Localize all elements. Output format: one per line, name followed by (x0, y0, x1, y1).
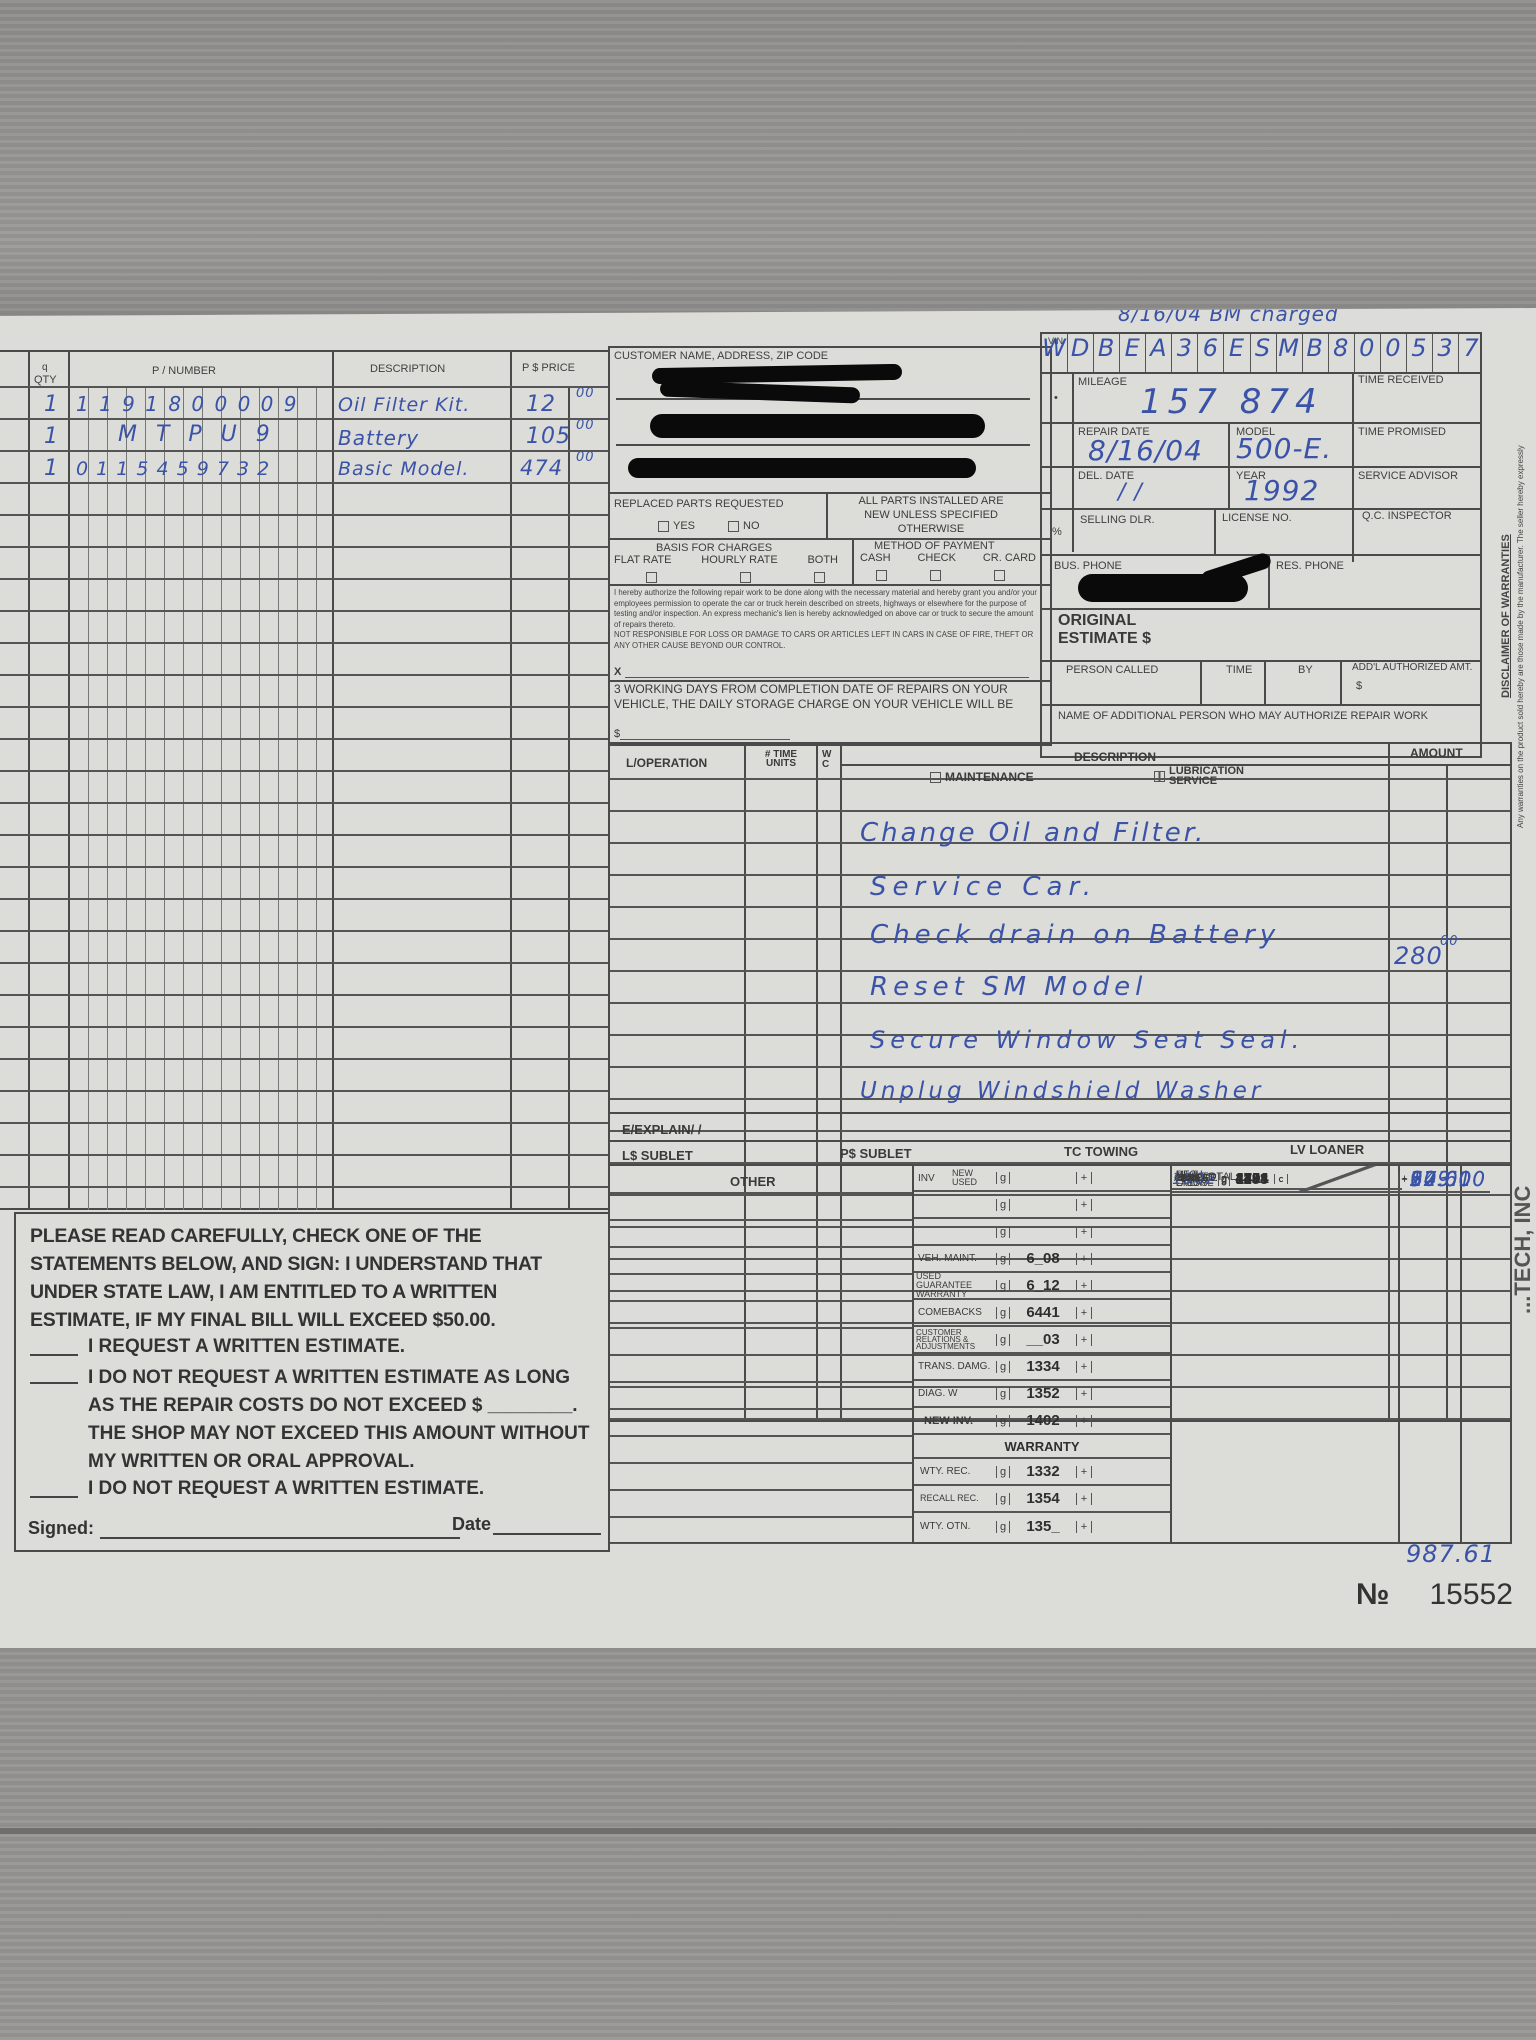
floor-plank-seam (0, 1828, 1536, 1834)
part-row-3-qty: 1 (44, 456, 59, 481)
vin-char: B (1303, 334, 1329, 372)
labor-line-3: Check drain on Battery (870, 920, 1280, 950)
basis-hourly-rate[interactable]: HOURLY RATE (701, 554, 777, 566)
repair-order-form: 8/16/04 BM charged q QTY P / NUMBER DESC… (0, 308, 1536, 1648)
bullet-marker: • (1054, 392, 1058, 404)
code-row-inv: INV NEW USED g + (914, 1166, 1170, 1192)
signed-field[interactable]: Signed: (28, 1518, 460, 1539)
card-checkbox[interactable] (994, 570, 1005, 581)
hourly-rate-checkbox[interactable] (740, 572, 751, 583)
vin-char: 0 (1381, 334, 1407, 372)
warranty-row: WTY. REC.g1332+ (914, 1459, 1170, 1486)
part-row-1-description: Oil Filter Kit. (338, 394, 470, 416)
consent-option-3-label: I DO NOT REQUEST A WRITTEN ESTIMATE. (88, 1478, 484, 1500)
replaced-parts-no[interactable]: NO (728, 520, 760, 532)
parts-notice: ALL PARTS INSTALLED ARE NEW UNLESS SPECI… (846, 494, 1016, 536)
replaced-parts-label: REPLACED PARTS REQUESTED (614, 498, 784, 510)
qc-inspector-label: Q.C. INSPECTOR (1362, 510, 1452, 522)
qty-header: QTY (34, 374, 57, 386)
time-units-header: # TIME UNITS (756, 750, 806, 768)
part-number-header: P / NUMBER (152, 365, 216, 377)
vin-char: S (1251, 334, 1277, 372)
vin-char: 0 (1355, 334, 1381, 372)
other-header: OTHER (730, 1174, 776, 1189)
part-row-1-price: 12 (526, 392, 556, 417)
operation-header: L/OPERATION (626, 756, 707, 770)
flat-rate-checkbox[interactable] (646, 572, 657, 583)
code-row-customer-relations: CUSTOMER RELATIONS & ADJUSTMENTSg__03+ (914, 1327, 1170, 1354)
vin-char: 3 (1172, 334, 1198, 372)
customer-address-redaction (650, 414, 985, 438)
vin-char: E (1224, 334, 1250, 372)
model-value: 500-E. (1236, 432, 1332, 465)
authorization-text: I hereby authorize the following repair … (614, 588, 1038, 651)
customer-city-redaction (628, 458, 976, 478)
price-header: P $ PRICE (522, 362, 575, 374)
code-row-trans-damage: TRANS. DAMG.g1334+ (914, 1354, 1170, 1381)
publisher-mark: ...TECH, INC (1510, 1186, 1536, 1314)
payment-options: CASH CHECK CR. CARD (860, 552, 1036, 564)
labor-line-5: Secure Window Seat Seal. (870, 1026, 1304, 1054)
vin-char: A (1146, 334, 1172, 372)
res-phone-label: RES. PHONE (1276, 560, 1344, 572)
left-codes: INV NEW USED g + g+ g+ VEH. MAINT.g6_08+… (914, 1166, 1170, 1540)
license-label: LICENSE NO. (1222, 512, 1292, 524)
consent-paragraph: PLEASE READ CAREFULLY, CHECK ONE OF THE … (30, 1222, 600, 1334)
time-promised-label: TIME PROMISED (1358, 426, 1446, 438)
amount-header: AMOUNT (1410, 746, 1463, 760)
warranty-row: RECALL REC.g1354+ (914, 1486, 1170, 1513)
labor-line-2: Service Car. (870, 872, 1097, 902)
part-row-1-number: 1 1 9 1 8 0 0 0 0 9 (76, 392, 298, 416)
percent-marker: % (1052, 526, 1062, 538)
basis-flat-rate[interactable]: FLAT RATE (614, 554, 671, 566)
part-row-3-number: 0 1 1 5 4 5 9 7 3 2 (76, 458, 270, 480)
storage-text: 3 WORKING DAYS FROM COMPLETION DATE OF R… (614, 682, 1044, 712)
date-field[interactable]: Date (452, 1514, 601, 1535)
maintenance-option[interactable]: MAINTENANCE (930, 770, 1034, 784)
vin-char: 3 (1433, 334, 1459, 372)
labor-sublet-header: L$ SUBLET (622, 1148, 693, 1163)
bus-phone-label: BUS. PHONE (1054, 560, 1122, 572)
code-row-used-guarantee: USED GUARANTEE WARRANTYg6_12+ (914, 1273, 1170, 1300)
selling-dealer-label: SELLING DLR. (1080, 514, 1155, 526)
part-row-3-price: 474 (520, 456, 563, 480)
additional-person-label: NAME OF ADDITIONAL PERSON WHO MAY AUTHOR… (1058, 710, 1428, 722)
part-row-1-cents: 00 (576, 386, 595, 401)
time-received-label: TIME RECEIVED (1358, 374, 1444, 386)
maintenance-checkbox (930, 772, 941, 783)
description-header: DESCRIPTION (370, 363, 445, 375)
code-row-veh-maint: VEH. MAINT.g6_08+ (914, 1246, 1170, 1273)
repair-date-value: 8/16/04 (1088, 434, 1203, 467)
mileage-label: MILEAGE (1078, 376, 1127, 388)
cash-checkbox[interactable] (876, 570, 887, 581)
lubrication-checkbox-checked (1154, 771, 1165, 782)
code-row-new-inv: NEW INV.g1402+ (914, 1408, 1170, 1435)
loaner-header: LV LOANER (1290, 1142, 1364, 1157)
labor-amount-cents: 00 (1440, 934, 1459, 949)
authorization-signature[interactable]: X (614, 666, 1029, 678)
labor-description-header: DESCRIPTION (1074, 750, 1156, 764)
vin-label: VIN (1048, 336, 1063, 346)
lubrication-option[interactable]: LUBRICATION SERVICE (1154, 766, 1249, 786)
form-number: № 15552 (1356, 1578, 1513, 1612)
person-called-label: PERSON CALLED (1066, 664, 1158, 676)
consent-option-2-label: I DO NOT REQUEST A WRITTEN ESTIMATE AS L… (88, 1364, 600, 1476)
signed-label: Signed: (28, 1518, 94, 1539)
vin-char: 6 (1198, 334, 1224, 372)
del-date-value: / / (1118, 480, 1143, 505)
qty-mark: q (42, 362, 48, 373)
number-sign-icon: № (1356, 1578, 1389, 1612)
payment-card[interactable]: CR. CARD (983, 552, 1036, 564)
part-row-2-number: M T P U 9 (118, 422, 276, 447)
code-row: g+ (914, 1192, 1170, 1219)
cash-row: CASHg1188+ (1172, 1166, 1410, 1193)
warranty-header-row: WARRANTY (914, 1435, 1170, 1459)
vin-row: W D B E A 3 6 E S M B 8 0 0 5 3 7 (1042, 334, 1484, 372)
towing-header: TC TOWING (1064, 1144, 1138, 1159)
checkbox-icon (658, 521, 669, 532)
basis-options: FLAT RATE HOURLY RATE BOTH (614, 554, 838, 566)
labor-line-1: Change Oil and Filter. (860, 818, 1206, 848)
date-label: Date (452, 1514, 491, 1535)
service-advisor-label: SERVICE ADVISOR (1358, 470, 1458, 482)
check-checkbox[interactable] (930, 570, 941, 581)
part-row-2-description: Battery (338, 426, 419, 450)
wc-header: W C (822, 750, 832, 770)
part-row-2-price: 105 (526, 424, 571, 449)
part-row-2-qty: 1 (44, 424, 59, 449)
consent-option-1-label: I REQUEST A WRITTEN ESTIMATE. (88, 1336, 405, 1358)
addl-amount-dollar: $ (1356, 680, 1362, 692)
addl-amount-label: ADD'L AUTHORIZED AMT. (1352, 662, 1472, 673)
consent-option-3[interactable]: I DO NOT REQUEST A WRITTEN ESTIMATE. (30, 1478, 600, 1500)
part-row-1-qty: 1 (44, 392, 59, 417)
payment-check[interactable]: CHECK (917, 552, 956, 564)
vin-char: M (1277, 334, 1303, 372)
vin-char: B (1094, 334, 1120, 372)
basis-both[interactable]: BOTH (807, 554, 838, 566)
vin-char: E (1120, 334, 1146, 372)
consent-option-1[interactable]: I REQUEST A WRITTEN ESTIMATE. (30, 1336, 600, 1358)
storage-charge-field[interactable]: $ (614, 728, 790, 740)
part-row-3-description: Basic Model. (338, 458, 469, 480)
vin-char: D (1068, 334, 1094, 372)
disclaimer-title: DISCLAIMER OF WARRANTIES (1500, 534, 1512, 698)
explain-label: E/EXPLAIN/ / (622, 1122, 701, 1137)
payment-label: METHOD OF PAYMENT (874, 540, 995, 552)
disclaimer-body: Any warranties on the product sold hereb… (1516, 445, 1525, 828)
warranty-row: WTY. OTN.g135_+ (914, 1513, 1170, 1540)
other-row-grid (610, 1192, 912, 1544)
part-row-2-cents: 00 (576, 418, 595, 433)
labor-line-6: Unplug Windshield Washer (860, 1078, 1264, 1104)
code-row-comebacks: COMEBACKSg6441+ (914, 1300, 1170, 1327)
parts-row-grid (0, 386, 610, 1210)
top-note: 8/16/04 BM charged (1118, 302, 1339, 326)
vin-char: 5 (1407, 334, 1433, 372)
vin-char: 7 (1459, 334, 1484, 372)
year-value: 1992 (1244, 474, 1319, 507)
basis-label: BASIS FOR CHARGES (656, 542, 772, 554)
by-label: BY (1298, 664, 1313, 676)
grand-total: 987.61 (1406, 1540, 1496, 1568)
mileage-value: 157 874 (1140, 382, 1323, 422)
checkbox-icon (728, 521, 739, 532)
consent-option-2[interactable]: I DO NOT REQUEST A WRITTEN ESTIMATE AS L… (30, 1364, 600, 1476)
labor-amount: 280 (1394, 942, 1443, 970)
replaced-parts-yes[interactable]: YES (658, 520, 695, 532)
vin-char: 8 (1329, 334, 1355, 372)
payment-cash[interactable]: CASH (860, 552, 891, 564)
code-row-diag: DIAG. Wg1352+ (914, 1381, 1170, 1408)
original-estimate-label: ORIGINAL ESTIMATE $ (1058, 612, 1151, 648)
parts-sublet-header: P$ SUBLET (840, 1146, 912, 1161)
both-checkbox[interactable] (814, 572, 825, 583)
labor-line-4: Reset SM Model (870, 972, 1147, 1002)
code-row: g+ (914, 1219, 1170, 1246)
time-label: TIME (1226, 664, 1252, 676)
part-row-3-cents: 00 (576, 450, 595, 465)
customer-label: CUSTOMER NAME, ADDRESS, ZIP CODE (614, 350, 828, 362)
